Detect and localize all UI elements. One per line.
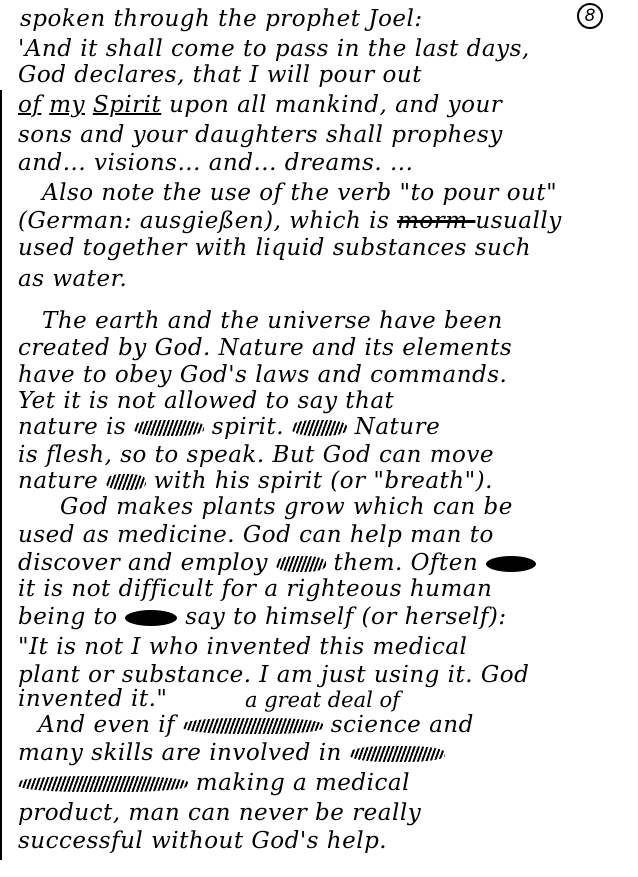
text-line: making a medical bbox=[18, 770, 410, 796]
struck-word: morm bbox=[397, 208, 475, 234]
text-line: of my Spirit upon all mankind, and your bbox=[18, 92, 502, 118]
text-line: plant or substance. I am just using it. … bbox=[18, 662, 529, 688]
scribbled-out-word bbox=[276, 556, 326, 572]
text-line: have to obey God's laws and commands. bbox=[18, 362, 507, 388]
text-line: nature is spirit. Nature bbox=[18, 414, 440, 440]
text-line: product, man can never be really bbox=[18, 800, 421, 826]
text-line: discover and employ them. Often bbox=[18, 550, 536, 576]
text-line: used as medicine. God can help man to bbox=[18, 522, 494, 548]
scribbled-out-word bbox=[106, 474, 146, 490]
text-line: nature with his spirit (or "breath"). bbox=[18, 468, 493, 494]
page-number-circle: 8 bbox=[577, 3, 603, 29]
text-line: 'And it shall come to pass in the last d… bbox=[18, 36, 530, 62]
document-page: 8 spoken through the prophet Joel: 'And … bbox=[0, 0, 638, 877]
text-line: invented it." bbox=[18, 686, 167, 712]
underlined-word: of bbox=[18, 92, 41, 118]
text-line: being to say to himself (or herself): bbox=[18, 604, 507, 630]
text-line: is flesh, so to speak. But God can move bbox=[18, 442, 494, 468]
scribbled-out-word bbox=[125, 610, 177, 626]
underlined-word: my bbox=[49, 92, 85, 118]
text-line: successful without God's help. bbox=[18, 828, 387, 854]
text-line: Yet it is not allowed to say that bbox=[18, 388, 394, 414]
text-line: The earth and the universe have been bbox=[42, 308, 503, 334]
underlined-word: Spirit bbox=[93, 92, 161, 118]
text-line: "It is not I who invented this medical bbox=[18, 634, 467, 660]
text-line: Also note the use of the verb "to pour o… bbox=[42, 180, 557, 206]
text-line: And even if science and bbox=[38, 712, 474, 738]
scribbled-out-word bbox=[292, 420, 347, 436]
scribbled-out-word bbox=[18, 776, 188, 792]
text-line: (German: ausgießen), which is morm usual… bbox=[18, 208, 562, 234]
scribbled-out-word bbox=[183, 718, 323, 734]
inserted-phrase: a great deal of bbox=[245, 688, 400, 712]
line-remainder: upon all mankind, and your bbox=[169, 92, 502, 118]
text-line: God makes plants grow which can be bbox=[60, 494, 513, 520]
text-line: used together with liquid substances suc… bbox=[18, 235, 531, 261]
scan-edge-border bbox=[0, 90, 2, 860]
text-line: many skills are involved in bbox=[18, 740, 445, 766]
text-line: created by God. Nature and its elements bbox=[18, 335, 512, 361]
scribbled-out-word bbox=[350, 746, 445, 762]
text-line: spoken through the prophet Joel: bbox=[20, 6, 423, 32]
text-line: sons and your daughters shall prophesy bbox=[18, 122, 503, 148]
text-line: as water. bbox=[18, 266, 127, 292]
scribbled-out-word bbox=[486, 556, 536, 572]
text-line: God declares, that I will pour out bbox=[18, 62, 422, 88]
text-line: and... visions... and... dreams. ... bbox=[18, 150, 413, 176]
scribbled-out-word bbox=[134, 420, 204, 436]
text-line: it is not difficult for a righteous huma… bbox=[18, 576, 492, 602]
